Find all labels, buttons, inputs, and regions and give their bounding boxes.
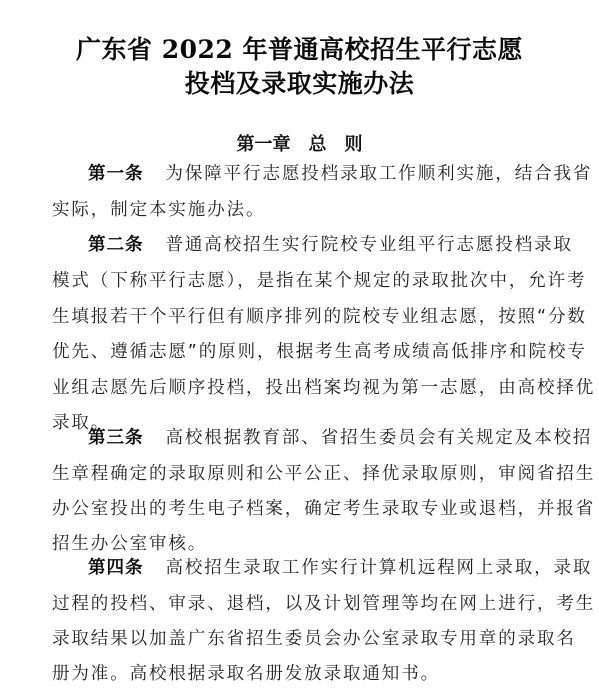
article-1-text: 为保障平行志愿投档录取工作顺利实施，结合我省 bbox=[166, 164, 593, 184]
article-1-label: 第一条 bbox=[88, 164, 144, 184]
article-2-line-3: 生填报若干个平行但有顺序排列的院校专业组志愿，按照“分数 bbox=[52, 303, 552, 333]
article-2-text: 普通高校招生实行院校专业组平行志愿投档录取 bbox=[166, 235, 573, 255]
article-4-line-2: 过程的投档、审录、退档，以及计划管理等均在网上进行，考生 bbox=[52, 590, 552, 620]
article-2-line-5: 业组志愿先后顺序投档，投出档案均视为第一志愿，由高校择优 bbox=[52, 374, 552, 404]
article-3-text: 高校根据教育部、省招生委员会有关规定及本校招 bbox=[166, 428, 593, 448]
article-1-line-1: 第一条为保障平行志愿投档录取工作顺利实施，结合我省 bbox=[88, 160, 588, 190]
article-4-text: 高校招生录取工作实行计算机远程网上录取，录取 bbox=[166, 558, 593, 578]
article-2-line-2: 模式（下称平行志愿），是指在某个规定的录取批次中，允许考 bbox=[52, 267, 552, 297]
article-3-line-3: 办公室投出的考生电子档案，确定考生录取专业或退档，并报省 bbox=[52, 495, 552, 525]
article-4-label: 第四条 bbox=[88, 558, 144, 578]
document-title-line-1: 广东省 2022 年普通高校招生平行志愿 bbox=[0, 30, 599, 66]
article-4-line-4: 册为准。高校根据录取名册发放录取通知书。 bbox=[52, 660, 552, 690]
article-4-line-3: 录取结果以加盖广东省招生委员会办公室录取专用章的录取名 bbox=[52, 625, 552, 655]
article-2-label: 第二条 bbox=[88, 235, 144, 255]
chapter-heading: 第一章 总 则 bbox=[0, 130, 599, 156]
article-2-line-4: 优先、遵循志愿”的原则，根据考生高考成绩高低排序和院校专 bbox=[52, 338, 552, 368]
article-3-label: 第三条 bbox=[88, 428, 144, 448]
article-3-line-1: 第三条高校根据教育部、省招生委员会有关规定及本校招 bbox=[88, 424, 588, 454]
article-4-line-1: 第四条高校招生录取工作实行计算机远程网上录取，录取 bbox=[88, 554, 588, 584]
article-3-line-2: 生章程确定的录取原则和公平公正、择优录取原则，审阅省招生 bbox=[52, 460, 552, 490]
document-title-line-2: 投档及录取实施办法 bbox=[0, 64, 599, 100]
article-2-line-1: 第二条普通高校招生实行院校专业组平行志愿投档录取 bbox=[88, 231, 588, 261]
article-1-line-2: 实际，制定本实施办法。 bbox=[52, 196, 552, 226]
